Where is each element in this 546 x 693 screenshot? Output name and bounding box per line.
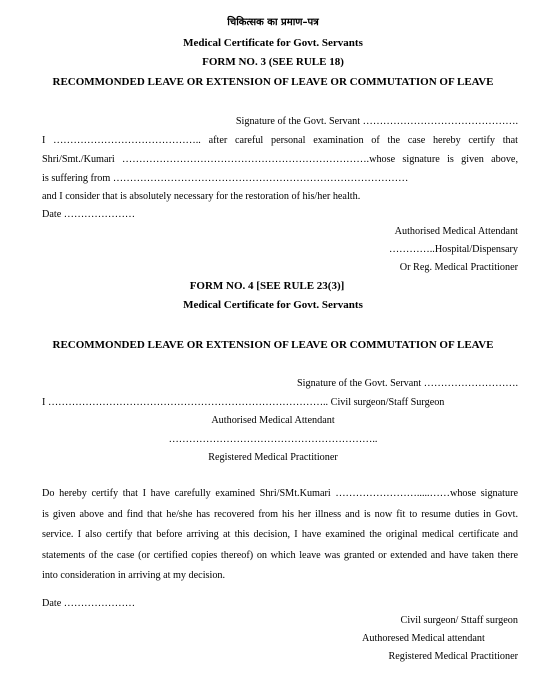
hindi-title: चिकित्सक का प्रमाण–पत्र	[0, 16, 546, 29]
form4-title: Medical Certificate for Govt. Servants	[0, 299, 546, 312]
form3-title: Medical Certificate for Govt. Servants	[0, 37, 546, 50]
form4-number: FORM NO. 4 [SEE RULE 23(3)]	[0, 280, 540, 293]
form3-body-line-1: I …………………………………….. after careful persona…	[42, 134, 518, 147]
form4-i-line: I ……………………………………………………………………….. Civil su…	[42, 396, 444, 409]
form3-body-line-3: is suffering from ……………………………………………………………	[42, 172, 408, 185]
form4-certify-paragraph: Do hereby certify that I have carefully …	[42, 484, 518, 587]
form4-signatory-attendant: Authoresed Medical attendant	[362, 632, 485, 645]
certify-line: Do hereby certify that I have carefully …	[42, 484, 518, 505]
form3-signatory-hospital: …………..Hospital/Dispensary	[389, 243, 518, 256]
certify-line: is given above and find that he/she has …	[42, 505, 518, 526]
form3-signatory-attendant: Authorised Medical Attendant	[395, 225, 518, 238]
form4-signatory-surgeon: Civil surgeon/ Sttaff surgeon	[401, 614, 518, 627]
form4-registered-practitioner: Registered Medical Practitioner	[0, 451, 546, 464]
form4-signatory-practitioner: Registered Medical Practitioner	[388, 650, 518, 663]
form3-date-line: Date …………………	[42, 208, 135, 221]
form3-body-line-2: Shri/Smt./Kumari ………………………………………………………………	[42, 153, 518, 166]
form3-body-line-4: and I consider that is absolutely necess…	[42, 190, 360, 203]
form3-signature-line: Signature of the Govt. Servant …………………………	[236, 115, 518, 128]
form4-signature-line: Signature of the Govt. Servant …………………………	[297, 377, 518, 390]
form4-date-line: Date …………………	[42, 597, 135, 610]
form3-heading: RECOMMONDED LEAVE OR EXTENSION OF LEAVE …	[0, 76, 546, 89]
certify-line: into consideration in arriving at my dec…	[42, 566, 518, 587]
form3-signatory-practitioner: Or Reg. Medical Practitioner	[400, 261, 518, 274]
form4-dots-line: ……………………………………………………..	[0, 433, 546, 446]
certify-line: statements of the case (or certified cop…	[42, 546, 518, 567]
certify-line: service. I also certify that before arri…	[42, 525, 518, 546]
form4-authorised-attendant: Authorised Medical Attendant	[0, 414, 546, 427]
form4-heading: RECOMMONDED LEAVE OR EXTENSION OF LEAVE …	[0, 339, 546, 352]
form3-number: FORM NO. 3 (SEE RULE 18)	[0, 56, 546, 69]
